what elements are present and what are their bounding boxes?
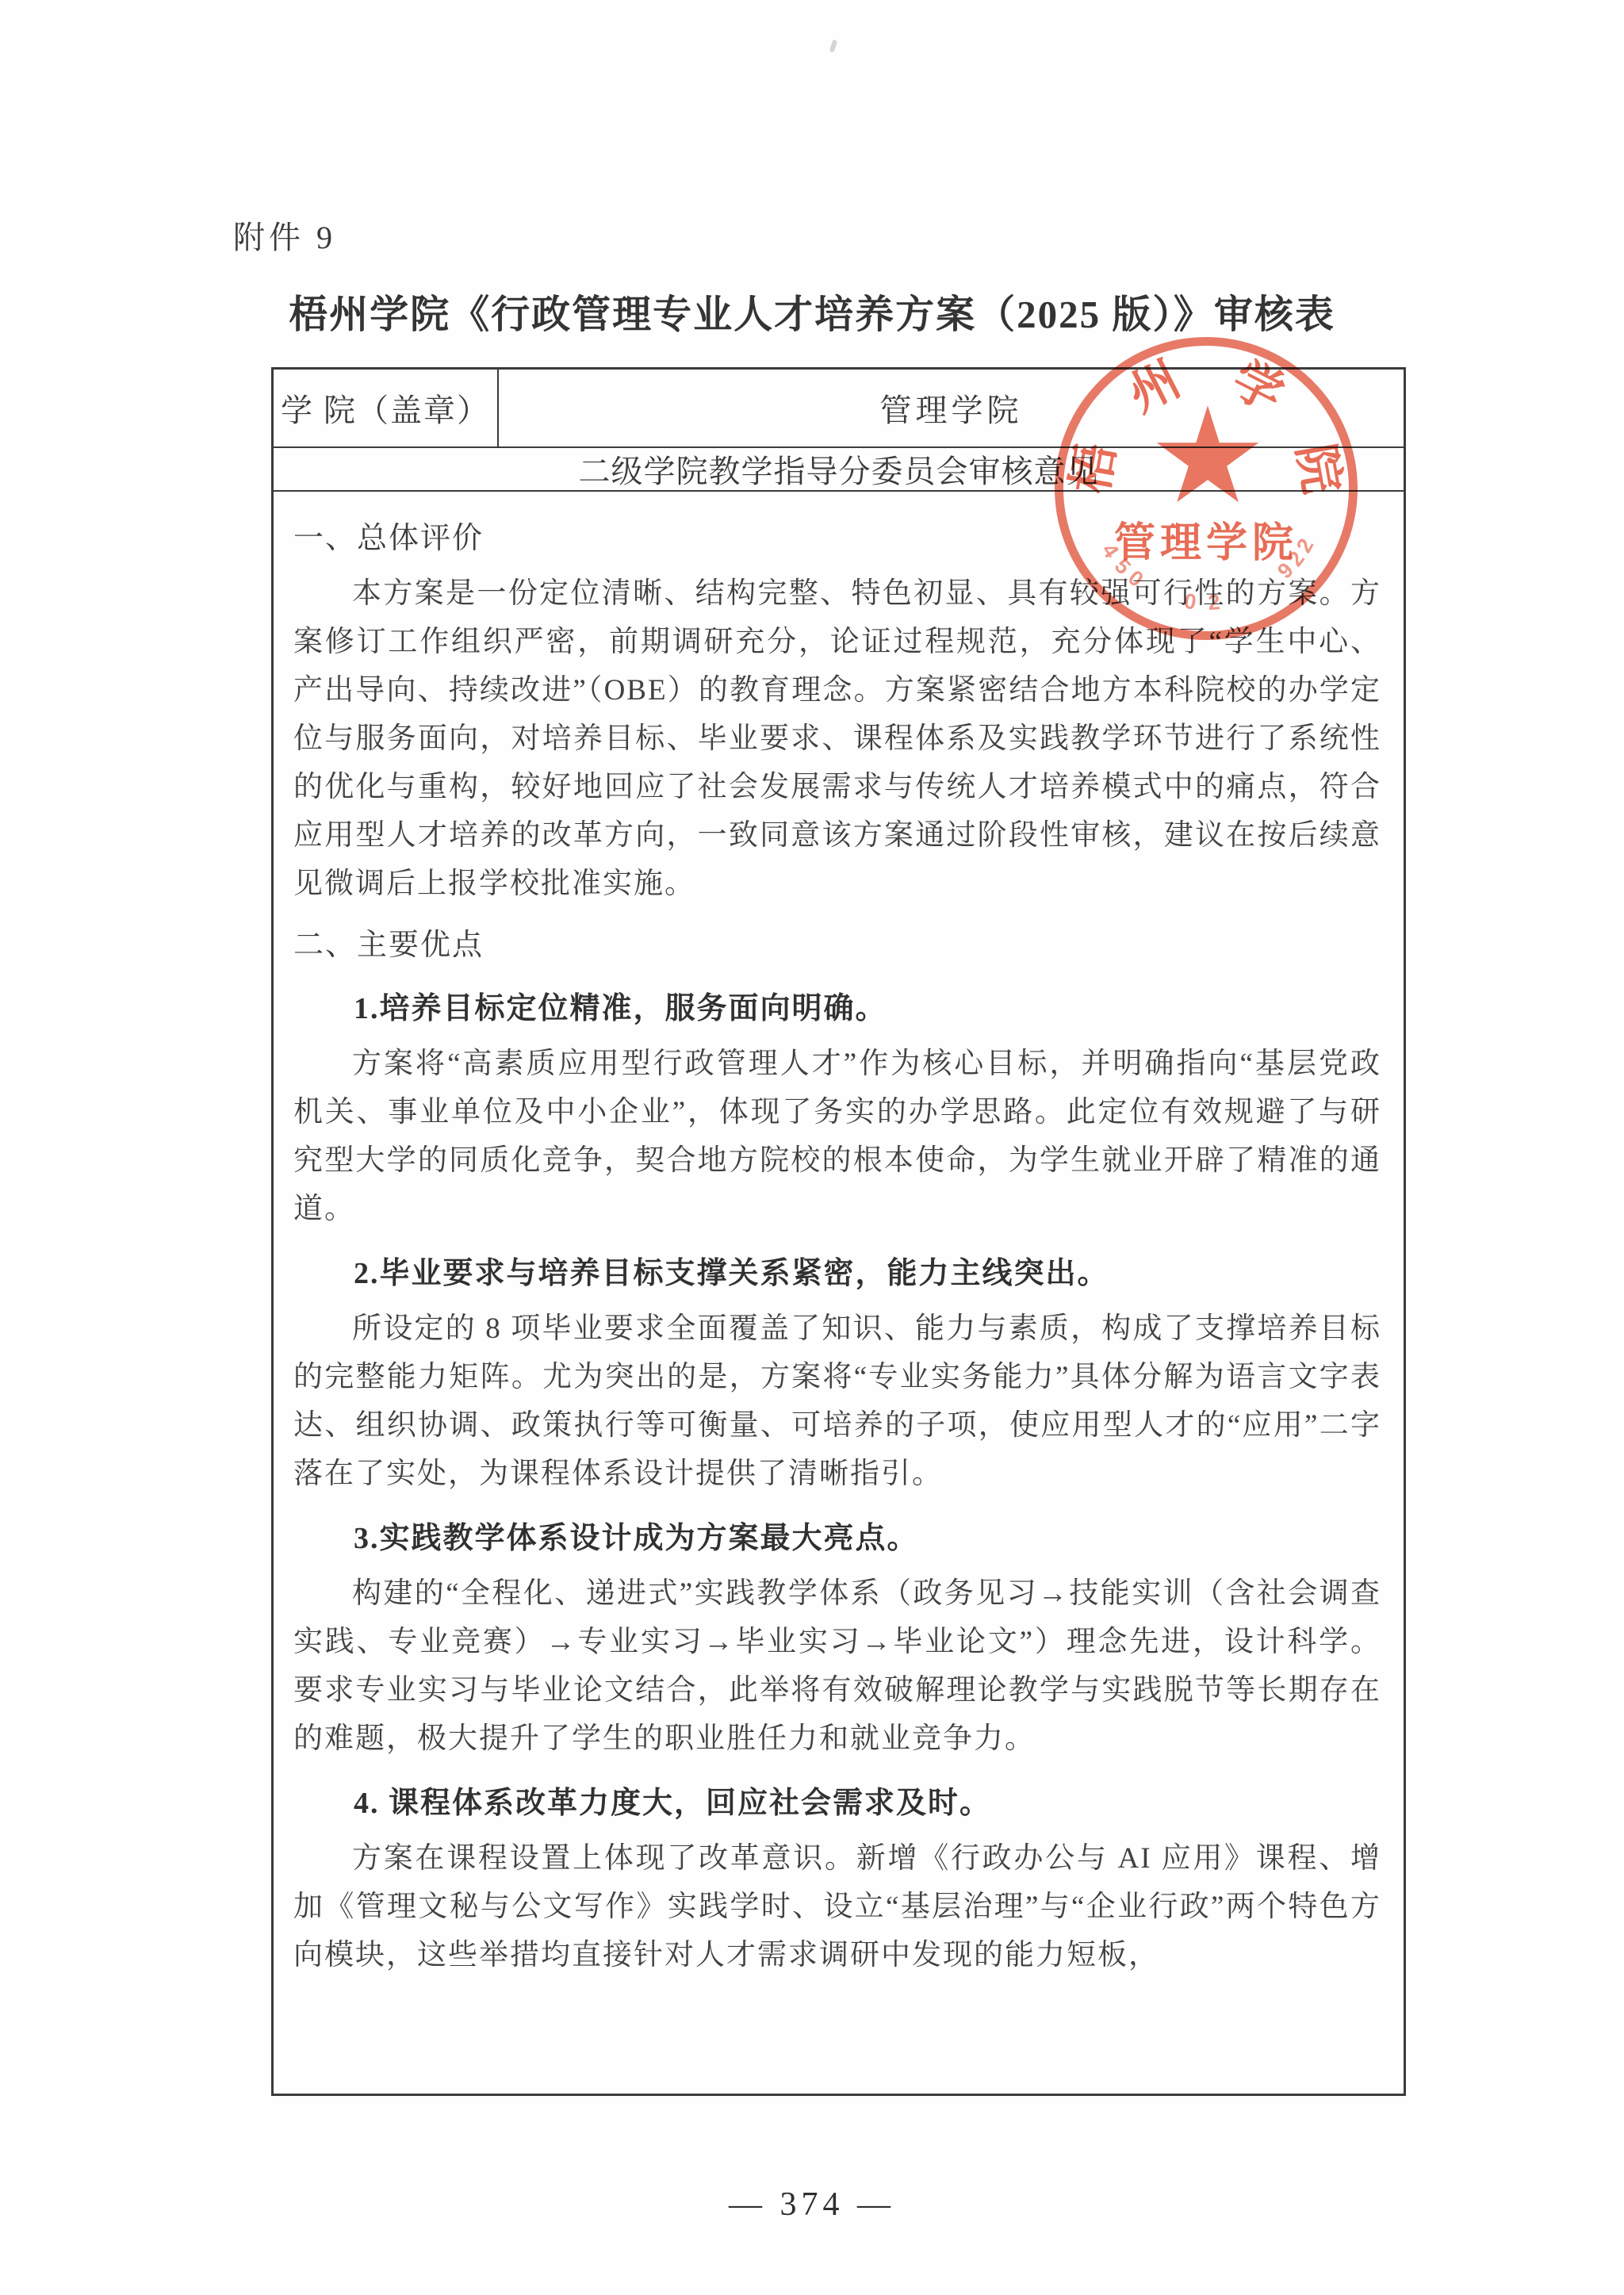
page-number: — 374 — bbox=[0, 2186, 1624, 2224]
scan-artifact bbox=[829, 39, 838, 52]
college-name-value: 管理学院 bbox=[499, 370, 1404, 446]
point-1-body: 方案将“高素质应用型行政管理人才”作为核心目标，并明确指向“基层党政机关、事业单… bbox=[293, 1040, 1381, 1233]
point-3-heading: 3.实践教学体系设计成为方案最大亮点。 bbox=[293, 1515, 1381, 1561]
point-4-body: 方案在课程设置上体现了改革意识。新增《行政办公与 AI 应用》课程、增加《管理文… bbox=[293, 1834, 1381, 1979]
college-row: 学 院（盖章） 管理学院 bbox=[274, 370, 1404, 448]
attachment-label: 附件 9 bbox=[233, 213, 336, 258]
point-2-heading: 2.毕业要求与培养目标支撑关系紧密，能力主线突出。 bbox=[293, 1251, 1381, 1297]
document-title: 梧州学院《行政管理专业人才培养方案（2025 版）》审核表 bbox=[0, 284, 1624, 339]
overall-evaluation-heading: 一、总体评价 bbox=[293, 515, 1381, 561]
overall-evaluation-paragraph: 本方案是一份定位清晰、结构完整、特色初显、具有较强可行性的方案。方案修订工作组织… bbox=[293, 569, 1381, 908]
scanned-document-page: 附件 9 梧州学院《行政管理专业人才培养方案（2025 版）》审核表 学 院（盖… bbox=[0, 0, 1624, 2295]
college-seal-label: 学 院（盖章） bbox=[274, 370, 499, 446]
point-3-body: 构建的“全程化、递进式”实践教学体系（政务见习→技能实训（含社会调查实践、专业竞… bbox=[293, 1569, 1381, 1763]
point-1-heading: 1.培养目标定位精准，服务面向明确。 bbox=[293, 986, 1381, 1032]
review-form-table: 学 院（盖章） 管理学院 二级学院教学指导分委员会审核意见 一、总体评价 本方案… bbox=[271, 367, 1406, 2096]
point-4-heading: 4. 课程体系改革力度大，回应社会需求及时。 bbox=[293, 1780, 1381, 1826]
point-2-body: 所设定的 8 项毕业要求全面覆盖了知识、能力与素质，构成了支撑培养目标的完整能力… bbox=[293, 1305, 1381, 1498]
opinion-content-cell: 一、总体评价 本方案是一份定位清晰、结构完整、特色初显、具有较强可行性的方案。方… bbox=[274, 492, 1404, 2094]
main-advantages-heading: 二、主要优点 bbox=[293, 922, 1381, 968]
committee-opinion-header: 二级学院教学指导分委员会审核意见 bbox=[274, 448, 1404, 492]
